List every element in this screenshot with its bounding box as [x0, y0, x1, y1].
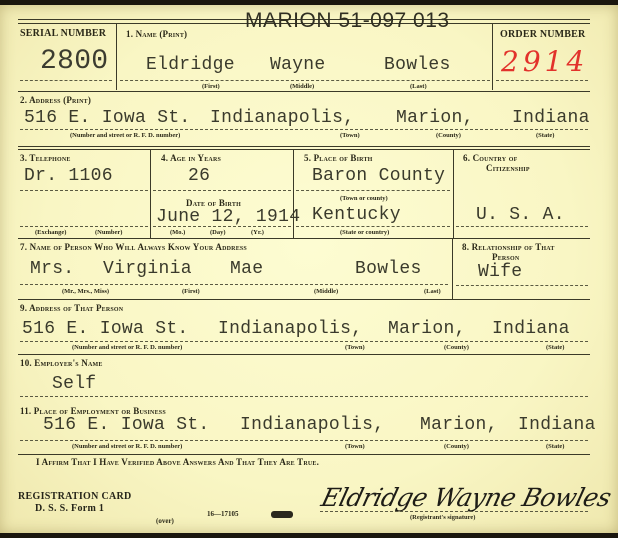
name-last: Bowles	[384, 55, 451, 75]
date-of-birth-value: June 12, 1914	[156, 207, 300, 227]
dotted-line	[20, 284, 448, 285]
dotted-line	[20, 80, 112, 81]
signature-sub: (Registrant's signature)	[410, 514, 475, 521]
affirmation-text: I Affirm That I Have Verified Above Answ…	[36, 457, 319, 467]
row-rule	[18, 354, 590, 355]
address-town-sub: (Town)	[340, 132, 360, 139]
relationship-value: Wife	[478, 262, 522, 282]
name-last-sub: (Last)	[410, 83, 427, 90]
dotted-line	[20, 129, 588, 130]
contact-address-county: Marion,	[388, 319, 466, 339]
citizenship-label-2: Citizenship	[486, 163, 530, 173]
contact-middle-sub: (Middle)	[314, 288, 338, 295]
contact-title: Mrs.	[30, 259, 74, 279]
telephone-label: 3. Telephone	[20, 153, 71, 163]
age-label: 4. Age in Years	[161, 153, 221, 163]
divider	[150, 150, 151, 238]
dotted-line	[20, 341, 588, 342]
contact-title-sub: (Mr., Mrs., Miss)	[62, 288, 109, 295]
contact-address-street-sub: (Number and street or R. F. D. number)	[72, 344, 182, 351]
telephone-exchange-sub: (Exchange)	[35, 229, 66, 236]
order-number-label: ORDER NUMBER	[500, 29, 585, 40]
contact-first: Virginia	[103, 259, 192, 279]
divider	[116, 24, 117, 90]
row-rule	[18, 454, 590, 455]
dotted-line	[456, 226, 588, 227]
contact-label: 7. Name of Person Who Will Always Know Y…	[20, 242, 247, 252]
employment-street: 516 E. Iowa St.	[43, 415, 210, 435]
form-code: 16—17105	[207, 510, 239, 518]
row-rule	[18, 299, 590, 300]
employer-value: Self	[52, 374, 96, 394]
address-street: 516 E. Iowa St.	[24, 108, 191, 128]
employment-town: Indianapolis,	[240, 415, 384, 435]
dotted-line	[20, 190, 148, 191]
address-label: 2. Address (Print)	[20, 95, 91, 105]
birthplace-town: Baron County	[312, 166, 445, 186]
order-number-value: 2914	[501, 45, 588, 78]
divider	[453, 150, 454, 238]
form-number: D. S. S. Form 1	[35, 503, 104, 514]
address-county-sub: (County)	[436, 132, 461, 139]
name-first: Eldridge	[146, 55, 235, 75]
employment-county: Marion,	[420, 415, 498, 435]
row-rule	[18, 146, 590, 147]
row-rule-2	[18, 149, 590, 150]
over-note: (over)	[156, 517, 174, 525]
registrant-signature: Eldridge Wayne Bowles	[318, 483, 614, 512]
county-stamp: MARION 51-097 013	[245, 9, 450, 33]
birthplace-state-sub: (State or country)	[340, 229, 389, 236]
dotted-line	[20, 226, 148, 227]
contact-last-sub: (Last)	[424, 288, 441, 295]
contact-address-county-sub: (County)	[444, 344, 469, 351]
dotted-line	[20, 396, 588, 397]
contact-address-town: Indianapolis,	[218, 319, 362, 339]
employment-street-sub: (Number and street or R. F. D. number)	[72, 443, 182, 450]
contact-address-street: 516 E. Iowa St.	[22, 319, 189, 339]
dotted-line	[120, 80, 490, 81]
dotted-line	[153, 190, 291, 191]
telephone-number-sub: (Number)	[95, 229, 122, 236]
employment-state: Indiana	[518, 415, 596, 435]
dotted-line	[456, 285, 588, 286]
employment-town-sub: (Town)	[345, 443, 365, 450]
address-street-sub: (Number and street or R. F. D. number)	[70, 132, 180, 139]
serial-number-value: 2800	[40, 46, 108, 77]
contact-address-label: 9. Address of That Person	[20, 303, 123, 313]
dotted-line	[296, 226, 450, 227]
address-state-sub: (State)	[536, 132, 554, 139]
dob-month-sub: (Mo.)	[170, 229, 185, 236]
contact-first-sub: (First)	[182, 288, 200, 295]
row-rule	[18, 238, 590, 239]
citizenship-label-1: 6. Country of	[463, 153, 517, 163]
name-first-sub: (First)	[202, 83, 220, 90]
telephone-value: Dr. 1106	[24, 166, 113, 186]
birthplace-state: Kentucky	[312, 205, 401, 225]
signature-line	[320, 511, 588, 512]
employment-state-sub: (State)	[546, 443, 564, 450]
age-value: 26	[188, 166, 210, 186]
birthplace-town-sub: (Town or county)	[340, 195, 388, 202]
serial-number-label: SERIAL NUMBER	[20, 28, 106, 39]
dob-year-sub: (Yr.)	[251, 229, 264, 236]
dob-day-sub: (Day)	[210, 229, 226, 236]
birthplace-label: 5. Place of Birth	[304, 153, 373, 163]
name-label: 1. Name (Print)	[126, 29, 187, 39]
contact-address-state: Indiana	[492, 319, 570, 339]
address-county: Marion,	[396, 108, 474, 128]
relationship-label-2: Person	[492, 252, 519, 262]
divider	[492, 24, 493, 90]
employer-label: 10. Employer's Name	[20, 358, 103, 368]
registration-card: MARION 51-097 013 SERIAL NUMBER 2800 1. …	[0, 5, 618, 533]
dotted-line	[153, 226, 291, 227]
name-middle-sub: (Middle)	[290, 83, 314, 90]
registration-card-title: REGISTRATION CARD	[18, 491, 132, 502]
citizenship-value: U. S. A.	[476, 205, 565, 225]
employment-county-sub: (County)	[444, 443, 469, 450]
contact-address-state-sub: (State)	[546, 344, 564, 351]
dotted-line	[20, 440, 588, 441]
dotted-line	[296, 190, 450, 191]
name-middle: Wayne	[270, 55, 326, 75]
divider	[293, 150, 294, 238]
contact-last: Bowles	[355, 259, 422, 279]
printer-seal-icon	[271, 511, 293, 518]
relationship-label-1: 8. Relationship of That	[462, 242, 555, 252]
row-rule	[18, 91, 590, 92]
address-state: Indiana	[512, 108, 590, 128]
address-town: Indianapolis,	[210, 108, 354, 128]
divider	[452, 239, 453, 299]
dotted-line	[496, 80, 588, 81]
contact-middle: Mae	[230, 259, 263, 279]
contact-address-town-sub: (Town)	[345, 344, 365, 351]
